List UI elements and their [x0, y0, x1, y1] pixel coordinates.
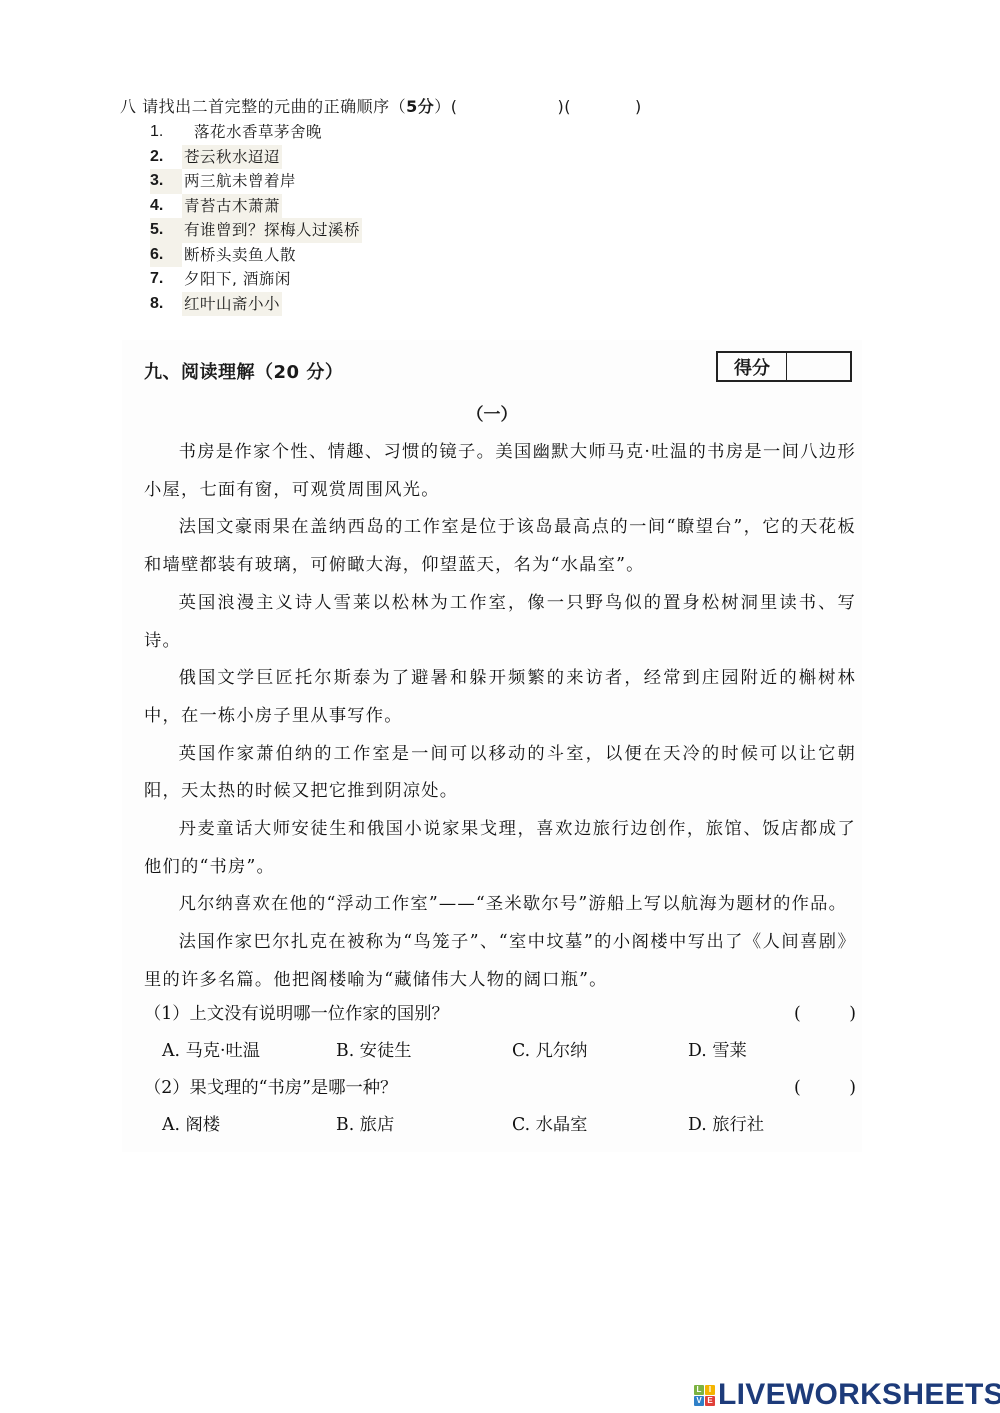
- list-item[interactable]: 8. 红叶山斋小小: [150, 292, 362, 317]
- option-c: C. 水晶室: [512, 1107, 688, 1144]
- item-number: 8.: [150, 292, 182, 317]
- question-1: （1）上文没有说明哪一位作家的国别？ ( ): [144, 996, 856, 1033]
- score-value-field[interactable]: [787, 353, 850, 380]
- passage-paragraph: 书房是作家个性、情趣、习惯的镜子。美国幽默大师马克·吐温的书房是一间八边形小屋，…: [144, 434, 856, 509]
- list-item[interactable]: 2. 苍云秋水迢迢: [150, 145, 362, 170]
- passage-subtitle: （一）: [122, 400, 862, 425]
- passage: 书房是作家个性、情趣、习惯的镜子。美国幽默大师马克·吐温的书房是一间八边形小屋，…: [144, 434, 856, 1000]
- option-c: C. 凡尔纳: [512, 1033, 688, 1070]
- item-text-highlighted[interactable]: 红叶山斋小小: [182, 292, 282, 317]
- logo-letter: E: [705, 1396, 715, 1406]
- item-number: 5.: [150, 218, 182, 243]
- paren-open: ）(: [434, 97, 457, 116]
- option-a: A. 马克·吐温: [162, 1033, 336, 1070]
- passage-paragraph: 法国作家巴尔扎克在被称为“鸟笼子”、“室中坟墓”的小阁楼中写出了《人间喜剧》里的…: [144, 924, 856, 999]
- logo-text: LIVEWORKSHEETS: [718, 1378, 1000, 1412]
- logo-letter: V: [694, 1396, 704, 1406]
- passage-paragraph: 法国文豪雨果在盖纳西岛的工作室是位于该岛最高点的一间“瞭望台”，它的天花板和墙壁…: [144, 509, 856, 584]
- item-text[interactable]: 断桥头卖鱼人散: [182, 243, 298, 268]
- paren-close: ): [635, 97, 642, 116]
- live-blocks-icon: L I V E: [694, 1385, 715, 1406]
- passage-paragraph: 英国作家萧伯纳的工作室是一间可以移动的斗室，以便在天冷的时候可以让它朝阳，天太热…: [144, 736, 856, 811]
- list-item[interactable]: 4. 青苔古木萧萧: [150, 194, 362, 219]
- item-number: 1.: [150, 120, 192, 145]
- item-text-highlighted[interactable]: 青苔古木萧萧: [182, 194, 282, 219]
- paren-open: (: [794, 1070, 801, 1107]
- option-d: D. 雪莱: [688, 1033, 747, 1070]
- item-text-highlighted[interactable]: 有谁曾到？探梅人过溪桥: [182, 218, 362, 243]
- list-item[interactable]: 6. 断桥头卖鱼人散: [150, 243, 362, 268]
- item-number: 4.: [150, 194, 182, 219]
- list-item[interactable]: 3. 两三航未曾着岸: [150, 169, 362, 194]
- option-b: B. 旅店: [336, 1107, 512, 1144]
- item-number: 7.: [150, 267, 182, 292]
- list-item: 1. 落花水香草茅舍晚: [150, 120, 362, 145]
- item-number: 6.: [150, 243, 182, 268]
- item-text[interactable]: 两三航未曾着岸: [182, 169, 298, 194]
- item-text[interactable]: 夕阳下, 酒旆闲: [182, 267, 293, 292]
- item-text-highlighted[interactable]: 苍云秋水迢迢: [182, 145, 282, 170]
- paren-close: ): [849, 1070, 856, 1107]
- passage-paragraph: 凡尔纳喜欢在他的“浮动工作室”——“圣米歇尔号”游船上写以航海为题材的作品。: [144, 886, 856, 924]
- question-text: （2）果戈理的“书房”是哪一种？: [144, 1070, 397, 1107]
- paren-close: ): [849, 996, 856, 1033]
- score-box: 得分: [716, 351, 852, 382]
- section-title: 九、阅读理解（20 分）: [144, 358, 343, 384]
- item-number: 3.: [150, 169, 182, 194]
- score-label: 得分: [718, 353, 787, 380]
- list-item[interactable]: 7. 夕阳下, 酒旆闲: [150, 267, 362, 292]
- question-1-options: A. 马克·吐温 B. 安徒生 C. 凡尔纳 D. 雪莱: [144, 1033, 856, 1070]
- question-text: （1）上文没有说明哪一位作家的国别？: [144, 996, 449, 1033]
- passage-paragraph: 丹麦童话大师安徒生和俄国小说家果戈理，喜欢边旅行边创作，旅馆、饭店都成了他们的“…: [144, 811, 856, 886]
- paren-open: (: [794, 996, 801, 1033]
- passage-paragraph: 俄国文学巨匠托尔斯泰为了避暑和躲开频繁的来访者，经常到庄园附近的槲树林中，在一栋…: [144, 660, 856, 735]
- questions: （1）上文没有说明哪一位作家的国别？ ( ) A. 马克·吐温 B. 安徒生 C…: [144, 996, 856, 1144]
- question-2: （2）果戈理的“书房”是哪一种？ ( ): [144, 1070, 856, 1107]
- list-item[interactable]: 5. 有谁曾到？探梅人过溪桥: [150, 218, 362, 243]
- option-d: D. 旅行社: [688, 1107, 764, 1144]
- item-number: 2.: [150, 145, 182, 170]
- liveworksheets-logo: L I V E LIVEWORKSHEETS: [694, 1378, 1000, 1412]
- option-a: A. 阁楼: [162, 1107, 336, 1144]
- paren-separator: )(: [558, 97, 571, 116]
- logo-letter: I: [705, 1385, 715, 1395]
- question-8-title: 八 请找出二首完整的元曲的正确顺序（5分）()(): [120, 94, 642, 117]
- answer-blank[interactable]: ( ): [794, 1070, 856, 1107]
- question-number: 八: [120, 97, 137, 116]
- question-points: 5分: [406, 97, 434, 116]
- passage-paragraph: 英国浪漫主义诗人雪莱以松林为工作室，像一只野鸟似的置身松树洞里读书、写诗。: [144, 585, 856, 660]
- answer-blank[interactable]: ( ): [794, 996, 856, 1033]
- verse-list: 1. 落花水香草茅舍晚 2. 苍云秋水迢迢 3. 两三航未曾着岸 4. 青苔古木…: [150, 120, 362, 316]
- item-text: 落花水香草茅舍晚: [192, 120, 324, 145]
- option-b: B. 安徒生: [336, 1033, 512, 1070]
- logo-letter: L: [694, 1385, 704, 1395]
- question-2-options: A. 阁楼 B. 旅店 C. 水晶室 D. 旅行社: [144, 1107, 856, 1144]
- reading-comprehension-section: 九、阅读理解（20 分） 得分 （一） 书房是作家个性、情趣、习惯的镜子。美国幽…: [122, 340, 862, 1152]
- question-prompt: 请找出二首完整的元曲的正确顺序（: [142, 97, 406, 116]
